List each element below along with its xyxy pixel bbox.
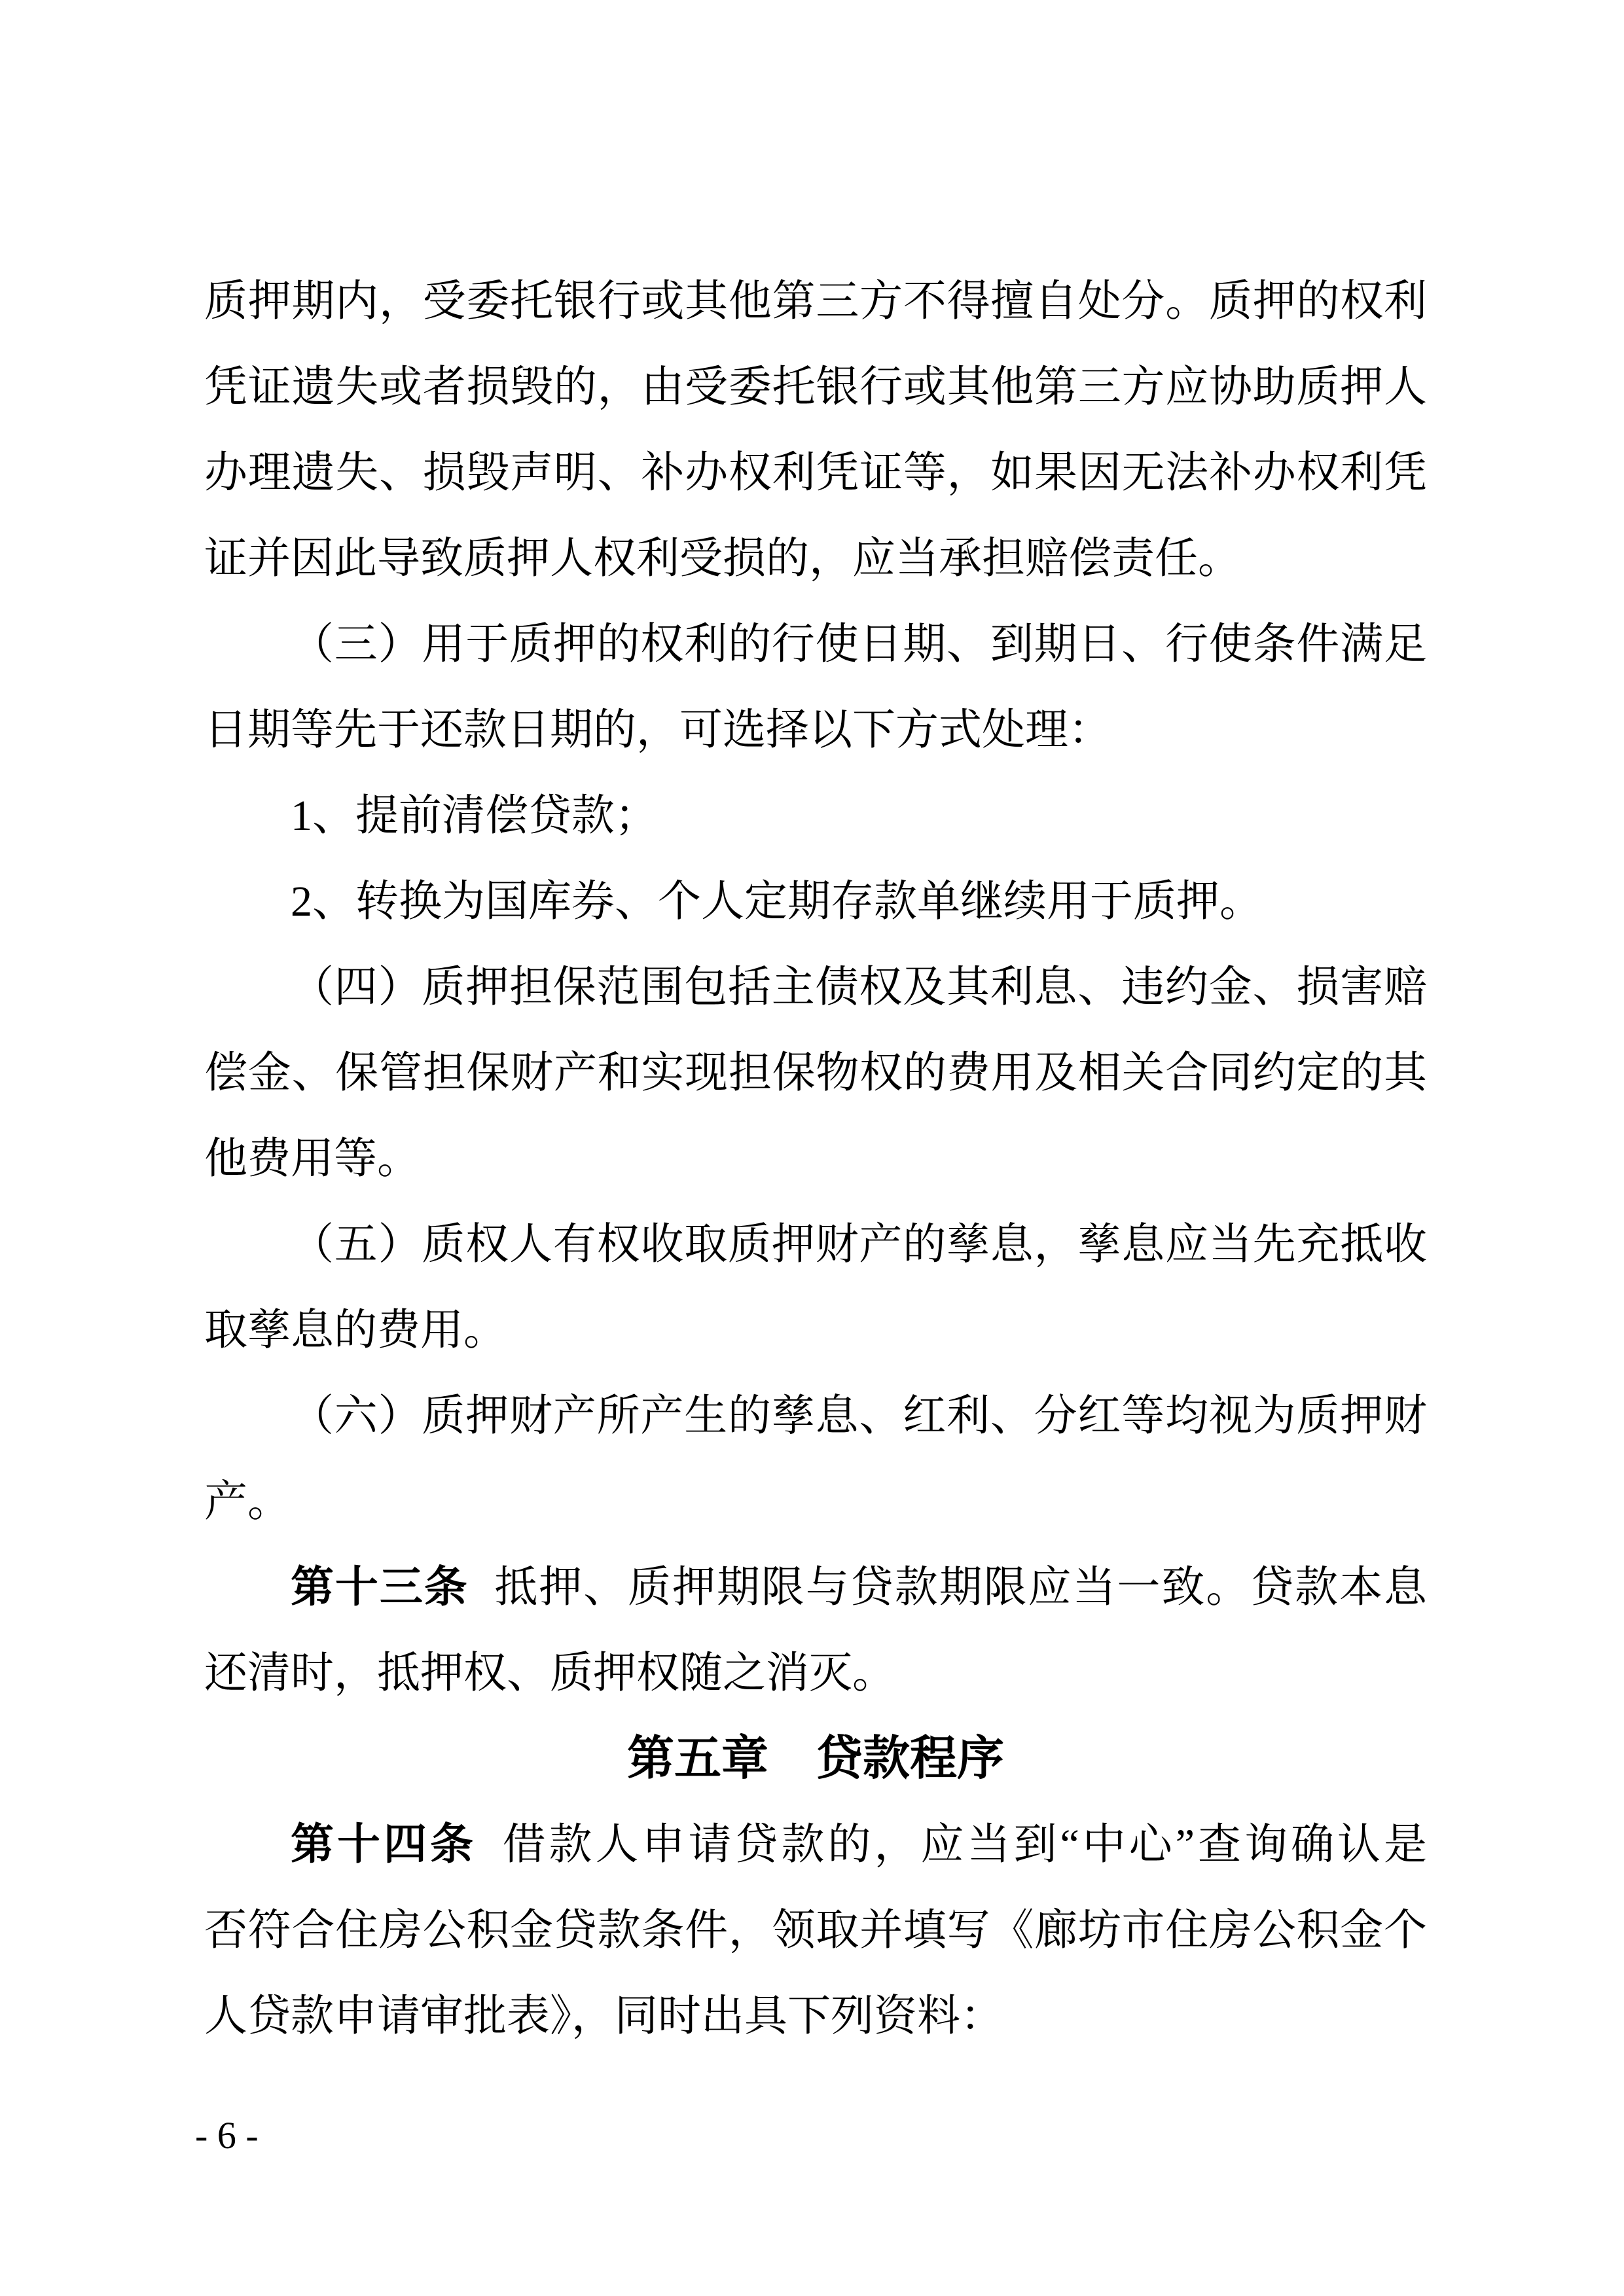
list-item: 2、转换为国库券、个人定期存款单继续用于质押。 <box>204 859 1427 944</box>
list-item: 1、提前清偿贷款； <box>204 773 1427 859</box>
text-line: 人贷款申请审批表》，同时出具下列资料： <box>204 1973 1427 2059</box>
article-number: 第十四条 <box>291 1821 477 1869</box>
article-text: 抵押、质押期限与贷款期限应当一致。贷款本息 <box>494 1564 1427 1611</box>
article-text: 借款人申请贷款的，应当到“中心”查询确认是 <box>503 1821 1427 1869</box>
text-line: 质押期内，受委托银行或其他第三方不得擅自处分。质押的权利 <box>204 259 1427 344</box>
article-number: 第十三条 <box>291 1564 469 1611</box>
text-line: 办理遗失、损毁声明、补办权利凭证等，如果因无法补办权利凭 <box>204 430 1427 516</box>
text-line: 证并因此导致质押人权利受损的，应当承担赔偿责任。 <box>204 516 1427 601</box>
text-line: 凭证遗失或者损毁的，由受委托银行或其他第三方应协助质押人 <box>204 344 1427 430</box>
text-line: 偿金、保管担保财产和实现担保物权的费用及相关合同约定的其 <box>204 1030 1427 1116</box>
text-line: （四）质押担保范围包括主债权及其利息、违约金、损害赔 <box>204 944 1427 1030</box>
text-line: 第十三条抵押、质押期限与贷款期限应当一致。贷款本息 <box>204 1545 1427 1630</box>
text-line: 他费用等。 <box>204 1116 1427 1202</box>
text-line: 还清时，抵押权、质押权随之消灭。 <box>204 1630 1427 1716</box>
text-line: （六）质押财产所产生的孳息、红利、分红等均视为质押财 <box>204 1373 1427 1459</box>
text-line: （五）质权人有权收取质押财产的孳息，孳息应当先充抵收 <box>204 1202 1427 1287</box>
text-line: 取孳息的费用。 <box>204 1287 1427 1373</box>
document-page: 质押期内，受委托银行或其他第三方不得擅自处分。质押的权利 凭证遗失或者损毁的，由… <box>0 0 1624 2296</box>
text-line: 否符合住房公积金贷款条件，领取并填写《廊坊市住房公积金个 <box>204 1888 1427 1973</box>
page-number: - 6 - <box>195 2113 259 2159</box>
text-line: 第十四条借款人申请贷款的，应当到“中心”查询确认是 <box>204 1802 1427 1888</box>
text-line: 日期等先于还款日期的，可选择以下方式处理： <box>204 687 1427 773</box>
text-line: 产。 <box>204 1459 1427 1545</box>
document-body: 质押期内，受委托银行或其他第三方不得擅自处分。质押的权利 凭证遗失或者损毁的，由… <box>204 259 1427 2059</box>
chapter-heading: 第五章 贷款程序 <box>204 1716 1427 1802</box>
text-line: （三）用于质押的权利的行使日期、到期日、行使条件满足 <box>204 601 1427 687</box>
